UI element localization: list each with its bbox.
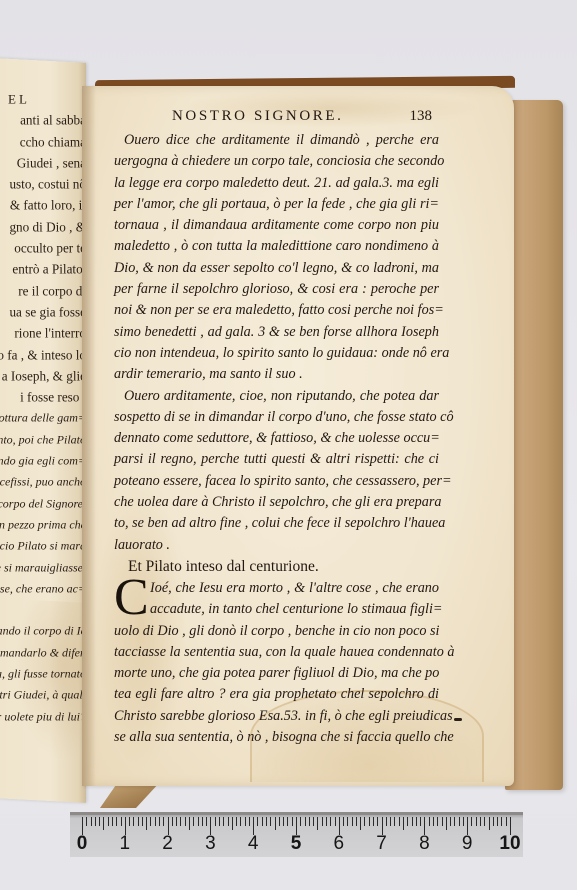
ruler-tick — [459, 817, 460, 826]
ruler-tick — [133, 817, 134, 826]
text-line: sua, gli fusse tornato — [0, 663, 86, 684]
ruler-tick — [228, 817, 229, 826]
ruler-tick — [159, 817, 160, 826]
ruler-tick — [146, 817, 147, 830]
ruler-tick — [369, 817, 370, 826]
ruler-tick — [185, 817, 186, 826]
text-line: o fa , & inteso lo — [0, 344, 86, 365]
ruler-tick — [377, 817, 378, 826]
ruler-tick — [442, 817, 443, 826]
ruler-tick — [112, 817, 113, 826]
ruler-tick — [121, 817, 122, 826]
text-line: entrò a Pilato, — [0, 259, 86, 280]
ruler-tick — [232, 817, 233, 830]
ruler-tick — [480, 817, 481, 826]
running-head-title: NOSTRO SIGNORE. — [172, 108, 344, 125]
ruler-tick — [437, 817, 438, 826]
text-line: la legge era corpo maledetto deut. 21. a… — [114, 173, 439, 194]
ruler-tick — [95, 817, 96, 826]
ruler-tick — [501, 817, 502, 826]
text-line: per l'amor, che gli portaua, ò per la fe… — [114, 194, 439, 215]
ruler-tick — [206, 817, 207, 826]
ruler-tick — [142, 817, 143, 826]
section-heading: Et Pilato inteso dal centurione. — [114, 556, 439, 578]
left-page-text: ELanti al sabbaccho chiamaGiudei , senau… — [0, 88, 86, 727]
text-line: cio non intendeua, lo spirito santo lo g… — [114, 343, 439, 364]
ruler-tick — [326, 817, 327, 826]
text-line: n pezzo prima che — [0, 514, 86, 535]
ruler-tick — [202, 817, 203, 826]
ruler-tick — [91, 817, 92, 826]
ruler-label: 4 — [248, 833, 259, 855]
text-line — [0, 599, 86, 620]
ruler-label: 2 — [162, 833, 173, 855]
ruler-label: 8 — [419, 833, 430, 855]
ruler-tick — [394, 817, 395, 826]
ruler-tick — [489, 817, 490, 830]
running-head: NOSTRO SIGNORE. 138 — [172, 108, 432, 130]
ruler-label: 1 — [120, 833, 131, 855]
text-line: re il corpo di — [0, 280, 86, 301]
text-line: gno di Dio , & — [0, 216, 86, 237]
ruler-tick — [240, 817, 241, 826]
ruler-tick — [317, 817, 318, 830]
ruler-tick — [420, 817, 421, 826]
text-line: che si marauigliasse, — [0, 557, 86, 578]
ruler-tick — [180, 817, 181, 826]
paragraph-1: Ouero dice che arditamente il dimandò , … — [114, 130, 439, 386]
ruler-tick — [257, 817, 258, 826]
text-line: to, se ben ad altro fine , colui che fec… — [114, 513, 439, 534]
ruler-tick — [364, 817, 365, 826]
right-page-text: NOSTRO SIGNORE. 138 Ouero dice che ardit… — [114, 108, 439, 748]
ruler-tick — [373, 817, 374, 826]
ruler-tick — [356, 817, 357, 826]
ruler-label: 0 — [77, 833, 88, 855]
ruler-tick — [352, 817, 353, 826]
text-line: altri Giudei, à quali — [0, 685, 86, 706]
text-line: Christo sarebbe glorioso Esa.53. in fi, … — [114, 706, 439, 727]
text-line: & fatto loro, il — [0, 195, 86, 216]
ruler-label: 5 — [291, 833, 302, 855]
ruler-tick — [313, 817, 314, 826]
ruler-tick — [283, 817, 284, 826]
ruler-tick — [305, 817, 306, 826]
ruler-tick — [416, 817, 417, 826]
text-line: accadute, in tanto chel centurione lo st… — [114, 599, 439, 620]
ruler-tick — [270, 817, 271, 826]
ruler-tick — [386, 817, 387, 826]
ruler-tick — [407, 817, 408, 826]
text-line: a Ioseph, & glie — [0, 365, 86, 386]
ruler-tick — [433, 817, 434, 826]
ruler-tick — [163, 817, 164, 826]
ruler-label: 7 — [376, 833, 387, 855]
ruler-tick — [292, 817, 293, 826]
ruler-tick — [322, 817, 323, 826]
text-line: Ouero arditamente, cioe, non riputando, … — [114, 386, 439, 407]
text-line: noi & non per se era maledetto, fatto co… — [114, 300, 439, 321]
ruler-label: 10 — [499, 833, 520, 855]
ruler-tick — [399, 817, 400, 826]
ruler-tick — [193, 817, 194, 826]
ruler-tick — [343, 817, 344, 826]
text-line: dennato come seduttore, & fattioso, & ch… — [114, 428, 439, 449]
ruler-tick — [99, 817, 100, 826]
text-line: ua se gia fosse — [0, 301, 86, 322]
ruler-tick — [215, 817, 216, 826]
ruler-tick — [219, 817, 220, 826]
ruler-tick — [86, 817, 87, 826]
ruler-tick — [172, 817, 173, 826]
text-line: uergogna à chiedere un corpo tale, conci… — [114, 151, 439, 172]
ruler-tick — [300, 817, 301, 826]
text-line: simo benedetti , ad gala. 3 & se ben for… — [114, 322, 439, 343]
text-line: Ouero dice che arditamente il dimandò , … — [114, 130, 439, 151]
ruler-tick — [403, 817, 404, 830]
ruler-tick — [150, 817, 151, 826]
paragraph-3: Ioé, che Iesu era morto , & l'altre cose… — [114, 578, 439, 748]
ruler-tick — [360, 817, 361, 830]
ruler-tick — [279, 817, 280, 826]
ruler-tick — [330, 817, 331, 826]
text-line: ardir temerario, ma santo il suo . — [114, 364, 439, 385]
ruler-label: 9 — [462, 833, 473, 855]
text-line: poteano essere, facea lo spirito santo, … — [114, 471, 439, 492]
text-line: lauorato . — [114, 535, 439, 556]
text-line: endo gia egli com= — [0, 450, 86, 471]
ruler-tick — [155, 817, 156, 826]
ruler-tick — [429, 817, 430, 826]
left-running-head: EL — [8, 88, 86, 109]
ruler-tick — [450, 817, 451, 826]
ruler-tick — [493, 817, 494, 826]
page-number: 138 — [410, 108, 433, 125]
ruler-tick — [454, 817, 455, 826]
text-line: e cose, che erano ac= — [0, 578, 86, 599]
text-line: Dio, & non da esser sepolto co'l legno, … — [114, 258, 439, 279]
text-line: corpo del Signore, — [0, 493, 86, 514]
text-line: tea egli fare altro ? era gia prophetato… — [114, 684, 439, 705]
text-line: morte uno, che gia potea parer figliuol … — [114, 663, 439, 684]
scale-ruler: 012345678910 — [70, 812, 523, 857]
ruler-tick — [103, 817, 104, 830]
text-line: imandarlo & difen — [0, 642, 86, 663]
text-line: rocefissi, puo ancho — [0, 472, 86, 493]
text-line: uolo di Dio , gli donò il corpo , benche… — [114, 621, 439, 642]
ruler-tick — [266, 817, 267, 826]
ruler-tick — [249, 817, 250, 826]
text-line: Ioé, che Iesu era morto , & l'altre cose… — [114, 578, 439, 599]
ruler-tick — [463, 817, 464, 826]
text-line: che uolea dare à Christo il sepolchro, c… — [114, 492, 439, 513]
paragraph-2: Ouero arditamente, cioe, non riputando, … — [114, 386, 439, 556]
worm-hole — [454, 718, 462, 721]
text-line: ando il corpo di Ie — [0, 621, 86, 642]
ruler-tick — [446, 817, 447, 830]
ruler-tick — [189, 817, 190, 830]
ruler-label: 3 — [205, 833, 216, 855]
text-line: usto, costui nô — [0, 174, 86, 195]
ruler-tick — [347, 817, 348, 826]
ruler-tick — [129, 817, 130, 826]
text-line: tacciasse la sententia sua, con la quale… — [114, 642, 439, 663]
ruler-tick — [506, 817, 507, 826]
ruler-tick — [275, 817, 276, 830]
page-gutter — [82, 86, 96, 786]
ruler-tick — [287, 817, 288, 826]
ruler-tick — [390, 817, 391, 826]
ruler-tick — [108, 817, 109, 826]
text-line: anti al sabba — [0, 110, 86, 131]
text-line: rottura delle gam= — [0, 408, 86, 429]
text-line: santo, poi che Pilato — [0, 429, 86, 450]
ruler-tick — [223, 817, 224, 826]
ruler-tick — [176, 817, 177, 826]
text-line: ccho chiama — [0, 131, 86, 152]
ruler-tick — [262, 817, 263, 826]
ruler-tick — [138, 817, 139, 826]
text-line: Giudei , sena — [0, 152, 86, 173]
ruler-tick — [471, 817, 472, 826]
text-line: se alla sua sententia, ò nò , bisogna ch… — [114, 727, 439, 748]
ruler-tick — [236, 817, 237, 826]
text-line: r uolete piu di lui? — [0, 706, 86, 727]
left-page: ELanti al sabbaccho chiamaGiudei , senau… — [0, 58, 86, 803]
ruler-label: 6 — [334, 833, 345, 855]
text-line: maledetto , ò con tutta la maledittione … — [114, 236, 439, 257]
drop-cap: C — [114, 576, 149, 620]
text-line: rione l'interro — [0, 323, 86, 344]
ruler-tick — [198, 817, 199, 826]
text-line: per farne il sepolchro glorioso, & cosi … — [114, 279, 439, 300]
ruler-tick — [497, 817, 498, 826]
ruler-tick — [412, 817, 413, 826]
ruler-tick — [476, 817, 477, 826]
text-line: sospetto di se in dimandar il corpo d'un… — [114, 407, 439, 428]
ruler-tick — [309, 817, 310, 826]
ruler-tick — [116, 817, 117, 826]
ruler-tick — [484, 817, 485, 826]
text-line: ercio Pilato si mara — [0, 536, 86, 557]
text-line: tornaua , il dimandaua arditamente come … — [114, 215, 439, 236]
text-line: i fosse reso . — [0, 386, 86, 407]
ruler-tick — [335, 817, 336, 826]
text-line: occulto per te — [0, 237, 86, 258]
ruler-tick — [245, 817, 246, 826]
text-line: parsi il regno, perche tutti questi & al… — [114, 449, 439, 470]
